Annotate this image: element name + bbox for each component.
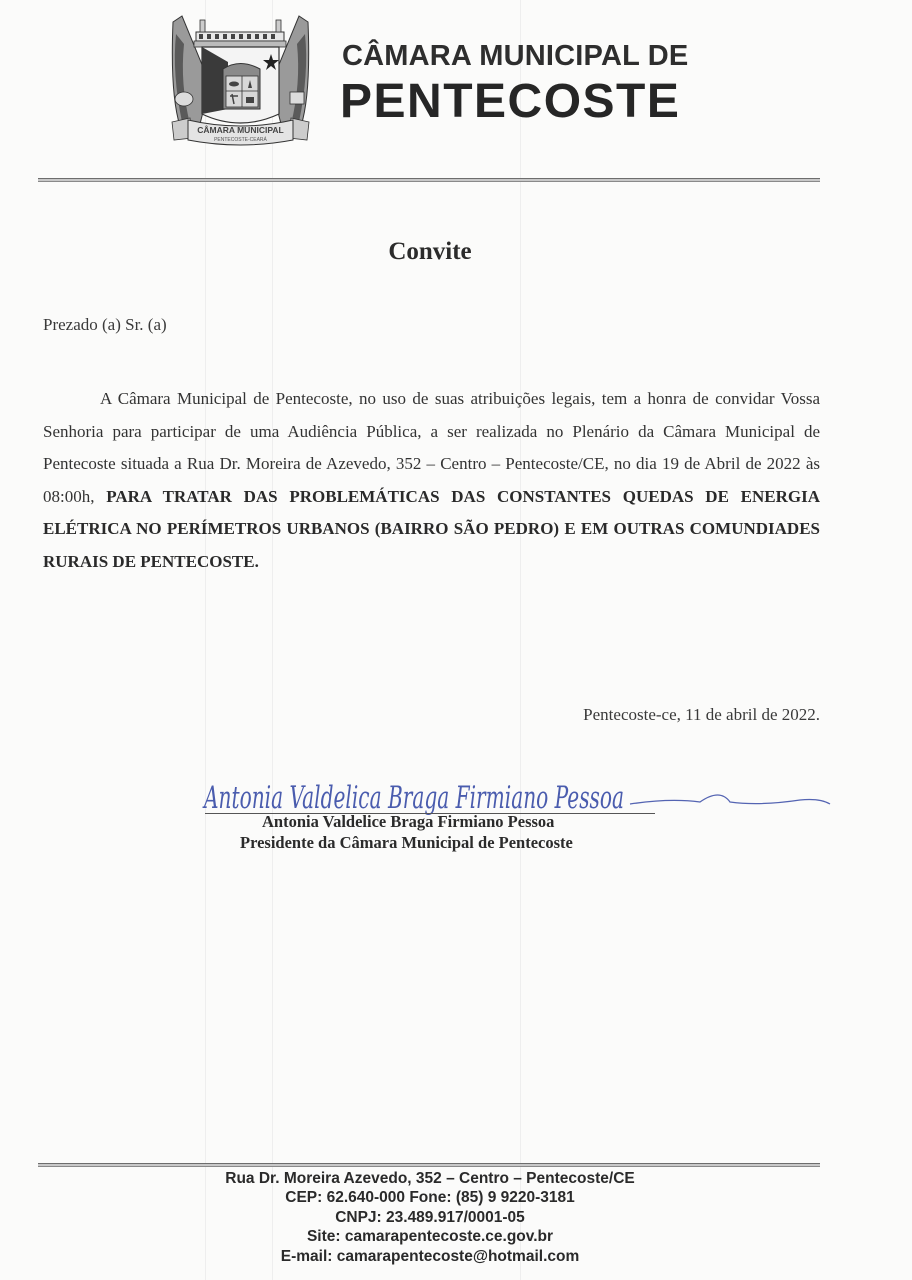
header-divider	[38, 178, 820, 182]
institution-name-line1: CÂMARA MUNICIPAL DE	[342, 40, 688, 73]
svg-text:PENTECOSTE-CEARÁ: PENTECOSTE-CEARÁ	[214, 136, 267, 143]
signer-role: Presidente da Câmara Municipal de Pentec…	[240, 833, 573, 853]
institution-name-line2: PENTECOSTE	[340, 74, 680, 129]
footer-address: Rua Dr. Moreira Azevedo, 352 – Centro – …	[0, 1169, 860, 1188]
svg-text:Antonia Valdelica Braga Firmia: Antonia Valdelica Braga Firmiano Pessoa	[202, 780, 624, 816]
invitation-body: A Câmara Municipal de Pentecoste, no uso…	[43, 383, 820, 578]
footer-site: Site: camarapentecoste.ce.gov.br	[0, 1227, 860, 1246]
svg-text:CÂMARA MUNICIPAL: CÂMARA MUNICIPAL	[197, 124, 283, 135]
footer-cep-phone: CEP: 62.640-000 Fone: (85) 9 9220-3181	[0, 1188, 860, 1207]
signer-name: Antonia Valdelice Braga Firmiano Pessoa	[262, 812, 554, 832]
scan-streak	[205, 0, 206, 1280]
place-date: Pentecoste-ce, 11 de abril de 2022.	[583, 705, 820, 725]
footer-divider	[38, 1163, 820, 1167]
scan-streak	[272, 0, 273, 1280]
document-title: Convite	[0, 238, 860, 266]
invitation-body-bold: PARA TRATAR DAS PROBLEMÁTICAS DAS CONSTA…	[43, 487, 820, 571]
footer-cnpj: CNPJ: 23.489.917/0001-05	[0, 1208, 860, 1227]
handwritten-signature: Antonia Valdelica Braga Firmiano Pessoa	[200, 758, 840, 818]
footer-contact: Rua Dr. Moreira Azevedo, 352 – Centro – …	[0, 1169, 860, 1266]
footer-email: E-mail: camarapentecoste@hotmail.com	[0, 1247, 860, 1266]
municipal-coat-of-arms-icon: CÂMARA MUNICIPAL PENTECOSTE-CEARÁ	[168, 14, 313, 148]
salutation: Prezado (a) Sr. (a)	[43, 315, 167, 335]
scan-streak	[520, 0, 521, 1280]
document-page: CÂMARA MUNICIPAL PENTECOSTE-CEARÁ CÂMARA…	[0, 0, 912, 1280]
